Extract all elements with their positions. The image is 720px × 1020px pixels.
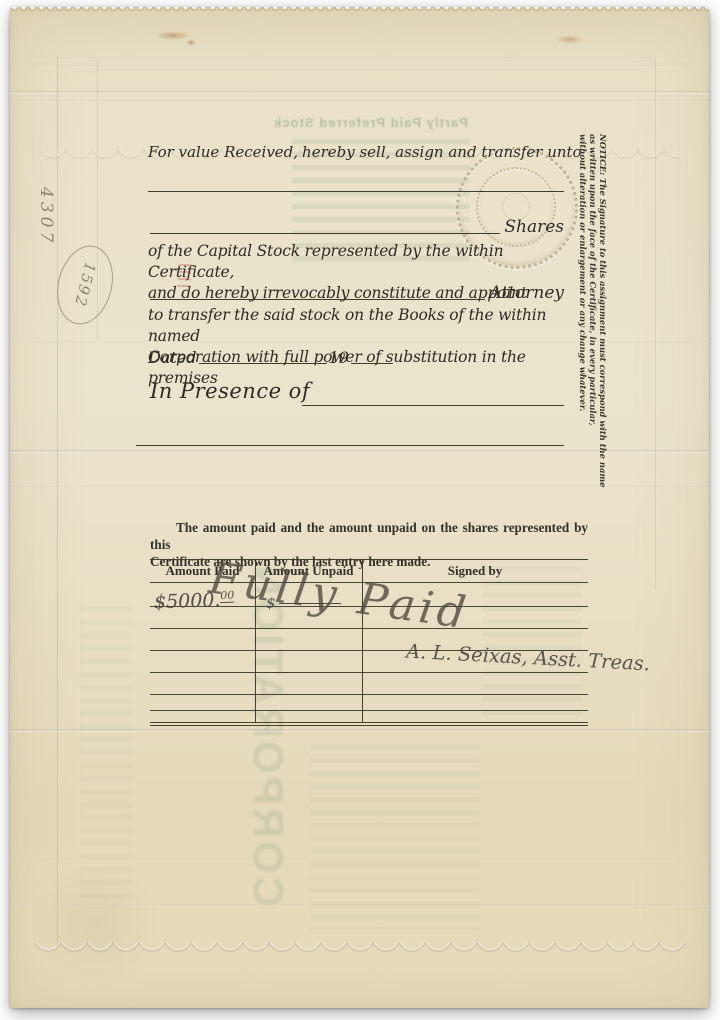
table-row-line [150, 710, 588, 711]
attorney-line: Attorney [148, 283, 564, 303]
scanned-certificate-page: { "assignment": { "line1_prefix": "For v… [0, 0, 720, 1020]
fold-crease [10, 57, 709, 59]
second-witness-line [136, 427, 564, 446]
for-value-received-text: For value Received, [148, 143, 298, 161]
notice-line3: without alteration or enlargement or any… [577, 134, 587, 434]
fold-crease [10, 100, 709, 102]
appoint-line1: of the Capital Stock represented by the … [148, 241, 580, 283]
attorney-name-blank [150, 299, 485, 300]
table-row-line [150, 694, 588, 695]
table-row-line [150, 672, 588, 673]
in-presence-of-label: In Presence of [150, 379, 310, 403]
staple-rust-mark [556, 35, 584, 44]
sheet-edge-line [655, 59, 656, 589]
ghost-text-block [80, 607, 132, 907]
year-blank [351, 363, 393, 364]
signature-notice: NOTICE: The Signature to this assignment… [577, 134, 608, 434]
sell-assign-transfer-text: hereby sell, assign and transfer unto [302, 143, 582, 161]
date-blank [199, 363, 327, 364]
blank-write-line [148, 177, 564, 192]
red-stamp-mark [177, 259, 191, 288]
ghost-text-block [310, 745, 480, 930]
witness-signature-line [302, 387, 564, 406]
fold-crease [10, 859, 709, 861]
paper-stain [30, 863, 160, 983]
circled-number-text: 1592 [71, 260, 100, 309]
circled-pencil-number: 1592 [49, 240, 121, 331]
ghost-mirrored-text: Partly Paid Preferred Stock [268, 115, 473, 131]
fold-crease [10, 65, 709, 67]
embossed-scallop-border [35, 942, 685, 960]
staple-rust-mark [155, 31, 191, 40]
shares-line: Shares [148, 211, 564, 237]
dated-label: Dated [148, 348, 197, 367]
payment-table: Amount Paid Amount Unpaid Signed by $500… [150, 559, 588, 726]
fold-crease [10, 729, 709, 732]
transfer-line1: to transfer the said stock on the Books … [148, 305, 580, 347]
certificate-back-paper: Partly Paid Preferred Stock CORPORATION … [10, 7, 709, 1008]
attorney-label: Attorney [489, 283, 564, 303]
signed-by-header: Signed by [362, 563, 588, 579]
payment-intro-line1: The amount paid and the amount unpaid on… [150, 519, 588, 553]
staple-rust-mark [186, 39, 196, 46]
sheet-edge-line [57, 57, 58, 947]
assignment-line1: For value Received,hereby sell, assign a… [148, 137, 564, 161]
shares-label: Shares [504, 217, 564, 237]
notice-line2: as written upon the face of the Certific… [588, 134, 598, 434]
pencil-number-vertical: 4307 [36, 187, 56, 259]
shares-count-blank [150, 233, 500, 234]
fold-crease [10, 91, 709, 94]
perforated-top-edge [10, 7, 709, 13]
year-prefix: 19 [329, 348, 349, 367]
treasurer-signature: A. L. Seixas, Asst. Treas. [406, 640, 651, 676]
notice-line1: NOTICE: The Signature to this assignment… [598, 134, 608, 434]
dated-line: Dated19 [148, 345, 448, 367]
